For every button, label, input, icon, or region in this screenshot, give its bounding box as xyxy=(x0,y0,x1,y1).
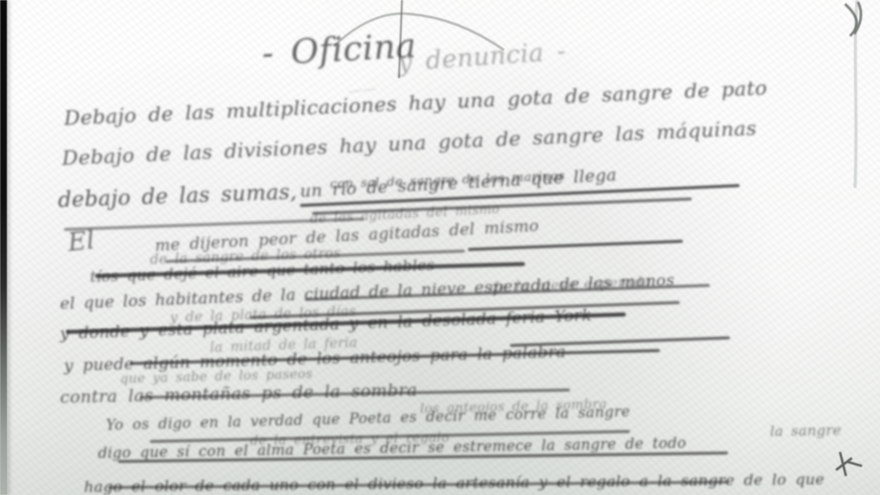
strikethrough-mark xyxy=(64,218,364,231)
strikethrough-mark xyxy=(510,336,730,347)
strikethrough-mark xyxy=(108,481,728,489)
strikethrough-mark xyxy=(150,430,630,443)
strikethrough-mark xyxy=(305,284,710,301)
strikethrough-mark xyxy=(66,312,626,333)
strikethrough-mark xyxy=(130,349,660,365)
strikethrough-mark xyxy=(95,262,525,278)
strikethrough-mark xyxy=(468,240,683,251)
strikethrough-mark xyxy=(118,451,728,463)
strikethrough-mark xyxy=(165,250,465,263)
strike-layer xyxy=(0,0,880,495)
manuscript-page: - Oficinay denuncia -——Debajo de las mul… xyxy=(0,0,880,495)
strikethrough-mark xyxy=(140,388,570,398)
